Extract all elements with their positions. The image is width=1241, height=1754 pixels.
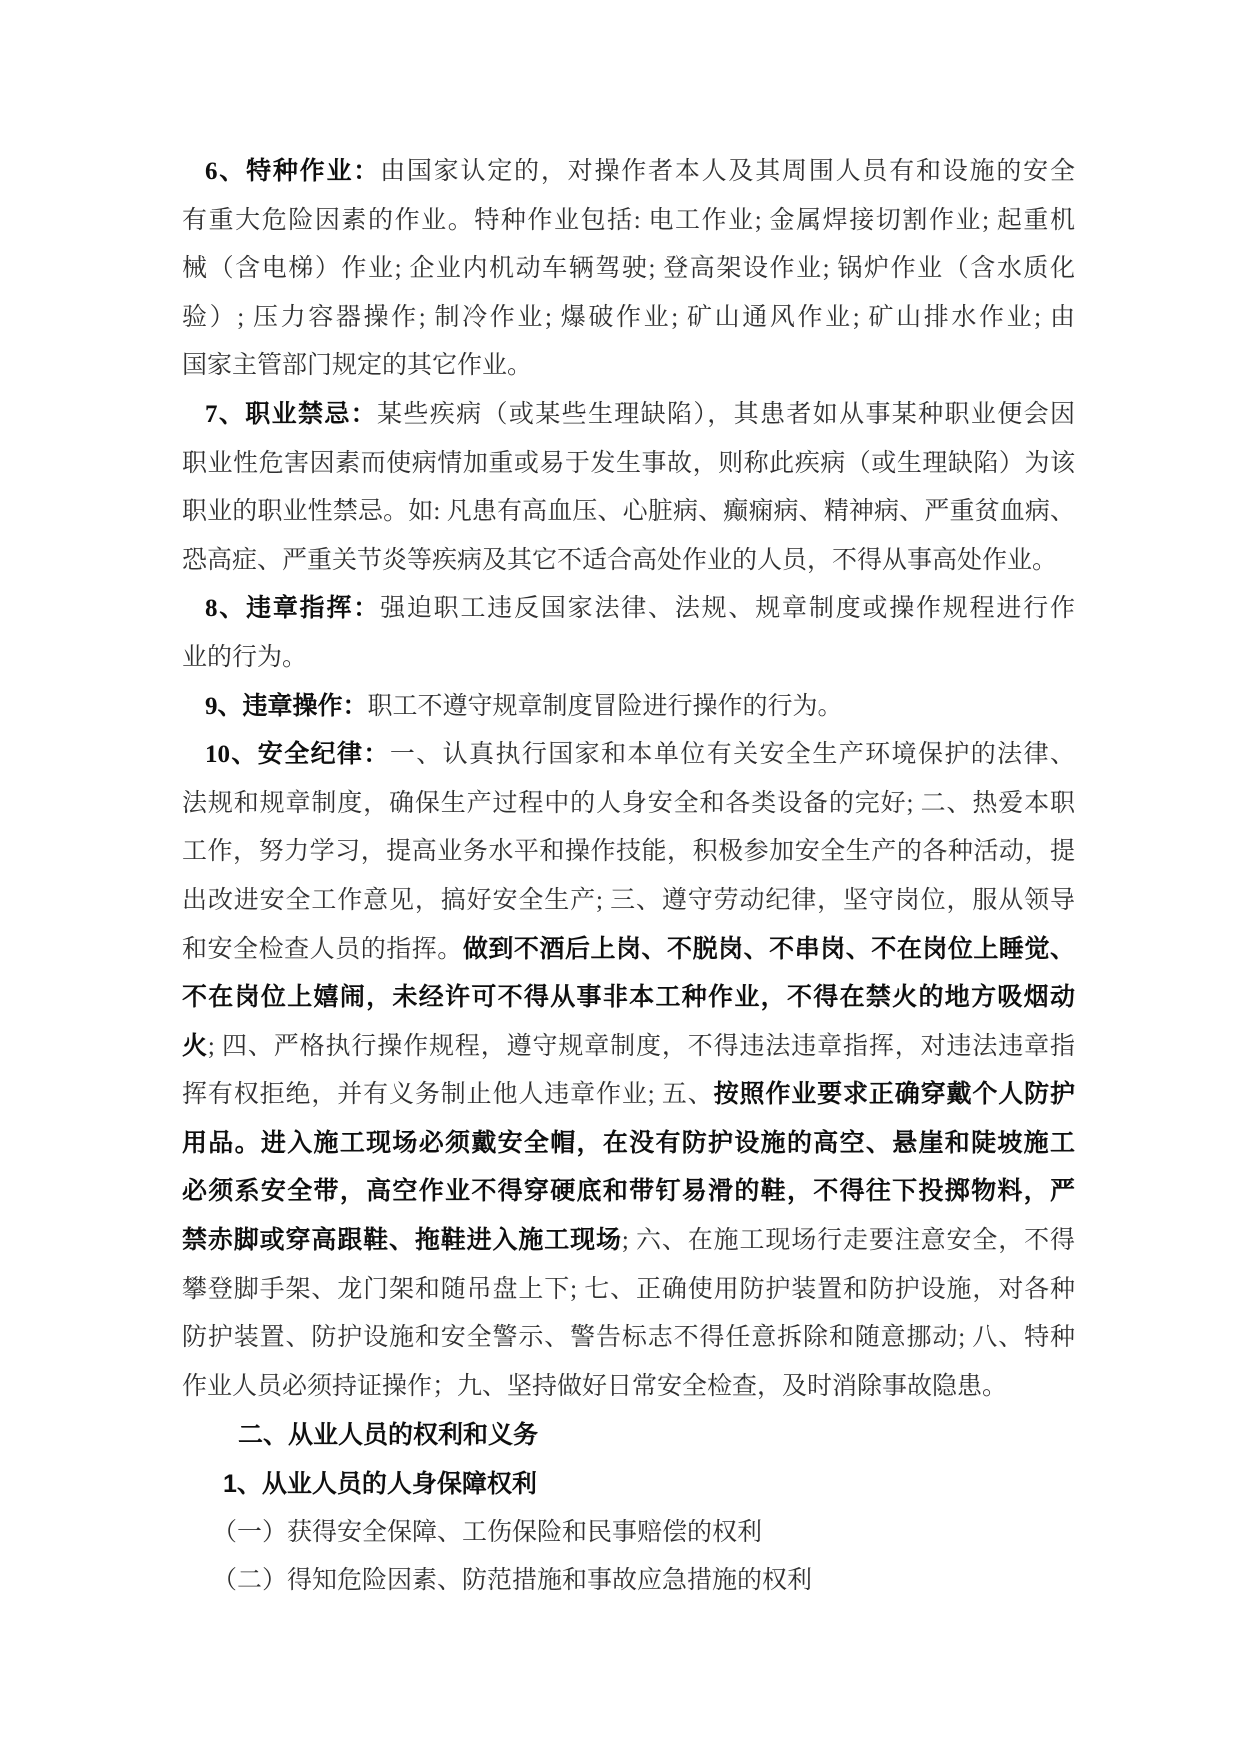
text-line: 二、从业人员的权利和义务 [182,1411,1075,1460]
text-line: 攀登脚手架、龙门架和随吊盘上下; 七、正确使用防护装置和防护设施，对各种 [182,1266,1075,1315]
text-line: 职业的职业性禁忌。如: 凡患有高血压、心脏病、癫痫病、精神病、严重贫血病、 [182,488,1075,537]
text-segment: 职工不遵守规章制度冒险进行操作的行为。 [368,693,843,720]
bold-text-segment: 6、特种作业： [205,158,380,185]
bold-text-segment: 10、安全纪律： [205,741,390,768]
section-2-heading-rights-and-duties: 二、从业人员的权利和义务 [182,1411,1075,1460]
text-segment: 国家主管部门规定的其它作业。 [182,352,532,379]
text-line: 防护装置、防护设施和安全警示、警告标志不得任意拆除和随意挪动; 八、特种 [182,1314,1075,1363]
text-segment: 强迫职工违反国家法律、法规、规章制度或操作规程进行作 [380,595,1075,622]
text-segment: 有重大危险因素的作业。特种作业包括: 电工作业; 金属焊接切割作业; 起重机 [182,207,1075,234]
bold-text-segment: 火 [182,1033,208,1060]
bold-text-segment: 必须系安全带，高空作业不得穿硬底和带钉易滑的鞋，不得往下投掷物料，严 [182,1178,1075,1205]
text-segment: （二）得知危险因素、防范措施和事故应急措施的权利 [212,1567,812,1594]
text-line: 火; 四、严格执行操作规程，遵守规章制度，不得违法违章指挥，对违法违章指 [182,1023,1075,1072]
bold-text-segment: 做到不酒后上岗、不脱岗、不串岗、不在岗位上睡觉、 [463,936,1075,963]
text-line: 和安全检查人员的指挥。做到不酒后上岗、不脱岗、不串岗、不在岗位上睡觉、 [182,926,1075,975]
text-segment: 作业人员必须持证操作；九、坚持做好日常安全检查，及时消除事故隐患。 [182,1373,1007,1400]
definition-10-safety-discipline: 10、安全纪律：一、认真执行国家和本单位有关安全生产环境保护的法律、法规和规章制… [182,731,1075,1411]
right-item-1: （一）获得安全保障、工伤保险和民事赔偿的权利 [182,1509,1075,1558]
definition-8-illegal-command: 8、违章指挥：强迫职工违反国家法律、法规、规章制度或操作规程进行作业的行为。 [182,585,1075,682]
text-segment: 恐高症、严重关节炎等疾病及其它不适合高处作业的人员，不得从事高处作业。 [182,547,1057,574]
bold-text-segment: 不在岗位上嬉闹，未经许可不得从事非本工种作业，不得在禁火的地方吸烟动 [182,984,1075,1011]
subsection-1-heading-personal-safety-rights: 1、从业人员的人身保障权利 [182,1460,1075,1509]
text-line: 验）; 压力容器操作; 制冷作业; 爆破作业; 矿山通风作业; 矿山排水作业; … [182,294,1075,343]
bold-text-segment: 9、违章操作： [205,693,368,720]
text-line: 10、安全纪律：一、认真执行国家和本单位有关安全生产环境保护的法律、 [182,731,1075,780]
text-segment: 防护装置、防护设施和安全警示、警告标志不得任意拆除和随意挪动; 八、特种 [182,1324,1075,1351]
text-segment: ; 四、严格执行操作规程，遵守规章制度，不得违法违章指挥，对违法违章指 [208,1033,1075,1060]
text-line: 挥有权拒绝，并有义务制止他人违章作业; 五、按照作业要求正确穿戴个人防护 [182,1071,1075,1120]
text-line: 用品。进入施工现场必须戴安全帽，在没有防护设施的高空、悬崖和陡坡施工 [182,1120,1075,1169]
text-line: 出改进安全工作意见，搞好安全生产; 三、遵守劳动纪律，坚守岗位，服从领导 [182,877,1075,926]
text-line: 9、违章操作：职工不遵守规章制度冒险进行操作的行为。 [182,683,1075,732]
text-line: 必须系安全带，高空作业不得穿硬底和带钉易滑的鞋，不得往下投掷物料，严 [182,1168,1075,1217]
text-segment: 和安全检查人员的指挥。 [182,936,463,963]
text-line: 6、特种作业：由国家认定的，对操作者本人及其周围人员有和设施的安全 [182,148,1075,197]
bold-text-segment: 1、从业人员的人身保障权利 [223,1470,537,1498]
text-line: 有重大危险因素的作业。特种作业包括: 电工作业; 金属焊接切割作业; 起重机 [182,197,1075,246]
text-line: 7、职业禁忌：某些疾病（或某些生理缺陷），其患者如从事某种职业便会因 [182,391,1075,440]
text-segment: 职业的职业性禁忌。如: 凡患有高血压、心脏病、癫痫病、精神病、严重贫血病、 [182,498,1075,525]
bold-text-segment: 按照作业要求正确穿戴个人防护 [714,1081,1075,1108]
text-line: 8、违章指挥：强迫职工违反国家法律、法规、规章制度或操作规程进行作 [182,585,1075,634]
bold-text-segment: 7、职业禁忌： [205,401,377,428]
text-segment: 一、认真执行国家和本单位有关安全生产环境保护的法律、 [390,741,1075,768]
text-line: 1、从业人员的人身保障权利 [182,1460,1075,1509]
text-line: 作业人员必须持证操作；九、坚持做好日常安全检查，及时消除事故隐患。 [182,1363,1075,1412]
text-line: 法规和规章制度，确保生产过程中的人身安全和各类设备的完好; 二、热爱本职 [182,780,1075,829]
document-page: 6、特种作业：由国家认定的，对操作者本人及其周围人员有和设施的安全有重大危险因素… [0,0,1241,1754]
text-segment: 职业性危害因素而使病情加重或易于发生事故，则称此疾病（或生理缺陷）为该 [182,450,1075,477]
definition-6-special-work: 6、特种作业：由国家认定的，对操作者本人及其周围人员有和设施的安全有重大危险因素… [182,148,1075,391]
text-line: 恐高症、严重关节炎等疾病及其它不适合高处作业的人员，不得从事高处作业。 [182,537,1075,586]
text-line: （一）获得安全保障、工伤保险和民事赔偿的权利 [182,1509,1075,1558]
text-segment: 械（含电梯）作业; 企业内机动车辆驾驶; 登高架设作业; 锅炉作业（含水质化 [182,255,1075,282]
text-line: 禁赤脚或穿高跟鞋、拖鞋进入施工现场; 六、在施工现场行走要注意安全，不得 [182,1217,1075,1266]
text-line: 械（含电梯）作业; 企业内机动车辆驾驶; 登高架设作业; 锅炉作业（含水质化 [182,245,1075,294]
bold-text-segment: 8、违章指挥： [205,595,380,622]
text-segment: （一）获得安全保障、工伤保险和民事赔偿的权利 [212,1519,762,1546]
text-line: 业的行为。 [182,634,1075,683]
definition-9-illegal-operation: 9、违章操作：职工不遵守规章制度冒险进行操作的行为。 [182,683,1075,732]
definition-7-occupational-contraindication: 7、职业禁忌：某些疾病（或某些生理缺陷），其患者如从事某种职业便会因职业性危害因… [182,391,1075,585]
text-segment: 验）; 压力容器操作; 制冷作业; 爆破作业; 矿山通风作业; 矿山排水作业; … [182,304,1075,331]
text-segment: 业的行为。 [182,644,307,671]
text-segment: 某些疾病（或某些生理缺陷），其患者如从事某种职业便会因 [377,401,1075,428]
text-segment: 挥有权拒绝，并有义务制止他人违章作业; 五、 [182,1081,714,1108]
text-segment: 工作，努力学习，提高业务水平和操作技能，积极参加安全生产的各种活动，提 [182,838,1075,865]
text-line: 国家主管部门规定的其它作业。 [182,342,1075,391]
text-segment: 由国家认定的，对操作者本人及其周围人员有和设施的安全 [380,158,1075,185]
text-line: 职业性危害因素而使病情加重或易于发生事故，则称此疾病（或生理缺陷）为该 [182,440,1075,489]
bold-text-segment: 用品。进入施工现场必须戴安全帽，在没有防护设施的高空、悬崖和陡坡施工 [182,1130,1075,1157]
bold-text-segment: 二、从业人员的权利和义务 [238,1421,538,1449]
text-segment: 攀登脚手架、龙门架和随吊盘上下; 七、正确使用防护装置和防护设施，对各种 [182,1276,1075,1303]
text-segment: ; 六、在施工现场行走要注意安全，不得 [622,1227,1075,1254]
document-body: 6、特种作业：由国家认定的，对操作者本人及其周围人员有和设施的安全有重大危险因素… [182,148,1075,1606]
text-line: 不在岗位上嬉闹，未经许可不得从事非本工种作业，不得在禁火的地方吸烟动 [182,974,1075,1023]
text-segment: 出改进安全工作意见，搞好安全生产; 三、遵守劳动纪律，坚守岗位，服从领导 [182,887,1075,914]
bold-text-segment: 禁赤脚或穿高跟鞋、拖鞋进入施工现场 [182,1227,622,1254]
text-line: 工作，努力学习，提高业务水平和操作技能，积极参加安全生产的各种活动，提 [182,828,1075,877]
text-segment: 法规和规章制度，确保生产过程中的人身安全和各类设备的完好; 二、热爱本职 [182,790,1075,817]
text-line: （二）得知危险因素、防范措施和事故应急措施的权利 [182,1557,1075,1606]
right-item-2: （二）得知危险因素、防范措施和事故应急措施的权利 [182,1557,1075,1606]
